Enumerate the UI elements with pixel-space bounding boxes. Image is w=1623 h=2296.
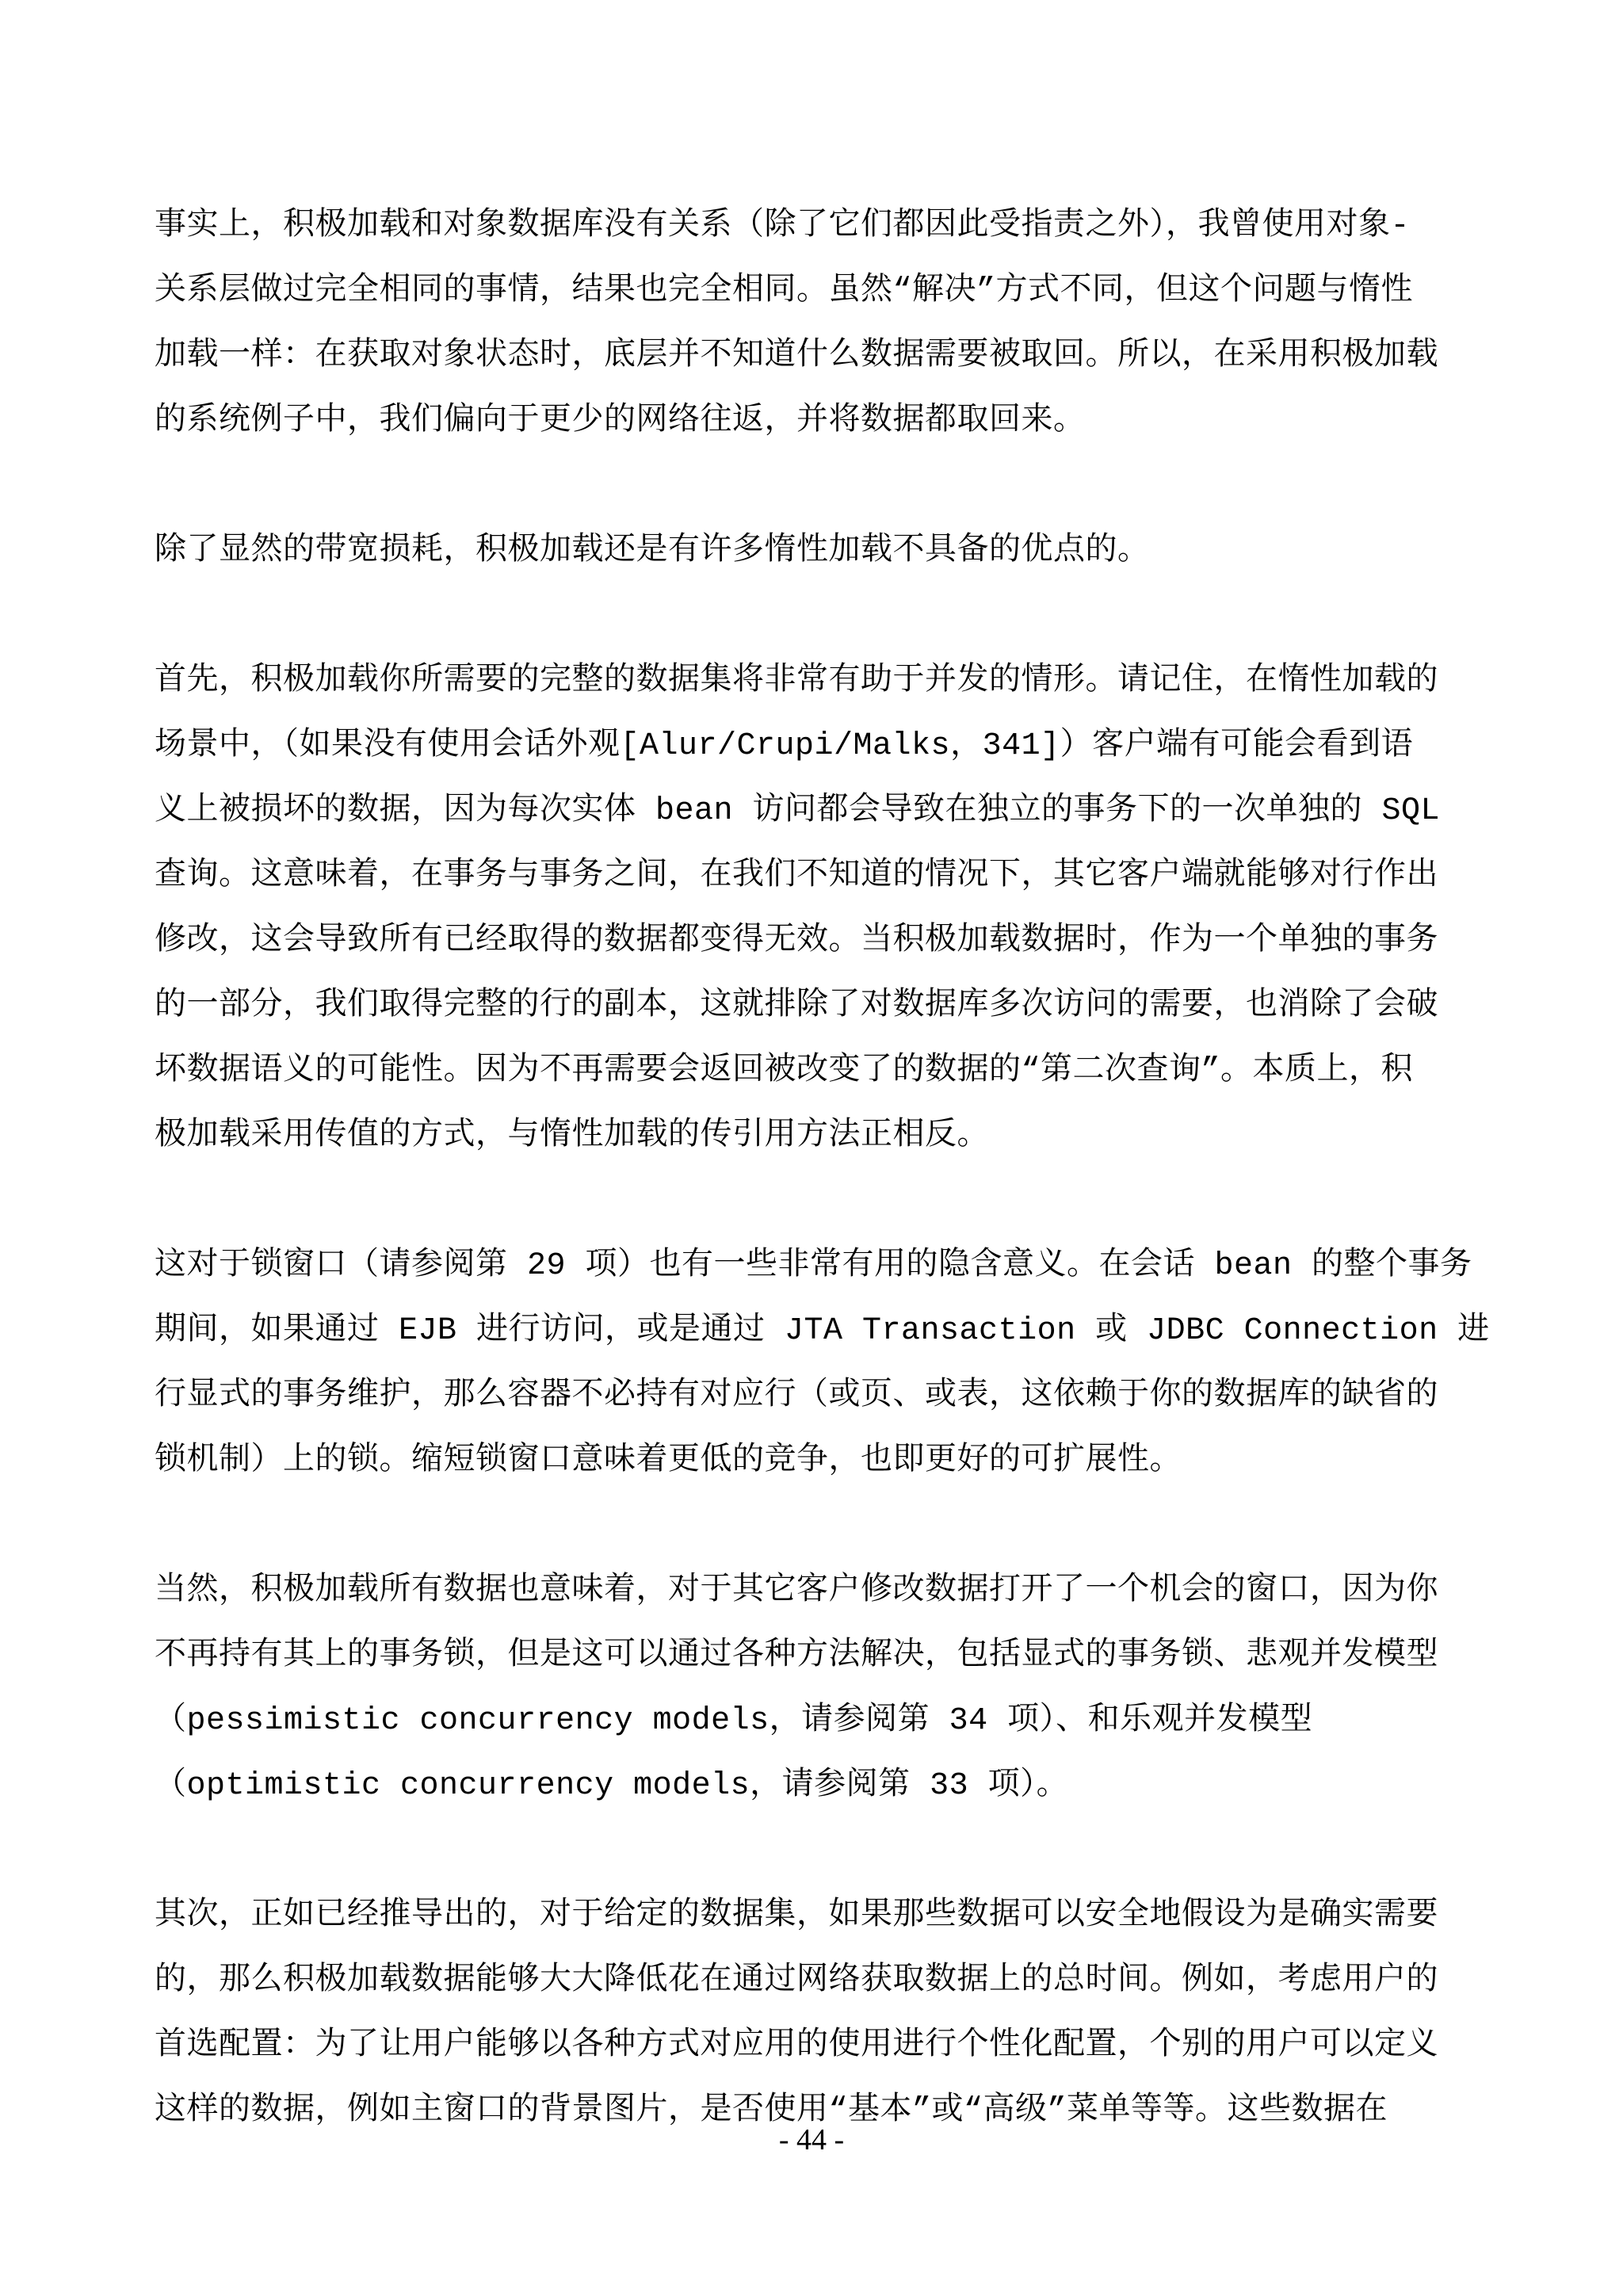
page-number: - 44 - [0, 2122, 1623, 2157]
text-line: 坏数据语义的可能性。因为不再需要会返回被改变了的数据的“第二次查询”。本质上，积 [155, 1039, 1423, 1104]
text-line: 查询。这意味着，在事务与事务之间，在我们不知道的情况下，其它客户端就能够对行作出 [155, 844, 1423, 909]
text-line: （optimistic concurrency models，请参阅第 33 项… [155, 1754, 1423, 1819]
paragraph-3: 首先，积极加载你所需要的完整的数据集将非常有助于并发的情形。请记住，在惰性加载的… [155, 649, 1423, 1169]
text-line: 的，那么积极加载数据能够大大降低花在通过网络获取数据上的总时间。例如，考虑用户的 [155, 1949, 1423, 2014]
text-line: 的系统例子中，我们偏向于更少的网络往返，并将数据都取回来。 [155, 389, 1423, 454]
text-line: 事实上，积极加载和对象数据库没有关系（除了它们都因此受指责之外），我曾使用对象- [155, 194, 1423, 259]
text-line: 首选配置：为了让用户能够以各种方式对应用的使用进行个性化配置，个别的用户可以定义 [155, 2014, 1423, 2079]
paragraph-6: 其次，正如已经推导出的，对于给定的数据集，如果那些数据可以安全地假设为是确实需要… [155, 1884, 1423, 2144]
text-line: 义上被损坏的数据，因为每次实体 bean 访问都会导致在独立的事务下的一次单独的… [155, 779, 1423, 844]
text-line: 场景中，（如果没有使用会话外观[Alur/Crupi/Malks，341]）客户… [155, 714, 1423, 779]
text-line: 修改，这会导致所有已经取得的数据都变得无效。当积极加载数据时，作为一个单独的事务 [155, 909, 1423, 974]
text-line: 极加载采用传值的方式，与惰性加载的传引用方法正相反。 [155, 1104, 1423, 1169]
text-content: 事实上，积极加载和对象数据库没有关系（除了它们都因此受指责之外），我曾使用对象-… [155, 194, 1423, 2209]
text-line: 除了显然的带宽损耗，积极加载还是有许多惰性加载不具备的优点的。 [155, 519, 1423, 584]
text-line: 不再持有其上的事务锁，但是这可以通过各种方法解决，包括显式的事务锁、悲观并发模型 [155, 1624, 1423, 1689]
text-line: 这对于锁窗口（请参阅第 29 项）也有一些非常有用的隐含意义。在会话 bean … [155, 1234, 1423, 1299]
paragraph-1: 事实上，积极加载和对象数据库没有关系（除了它们都因此受指责之外），我曾使用对象-… [155, 194, 1423, 454]
text-line: 首先，积极加载你所需要的完整的数据集将非常有助于并发的情形。请记住，在惰性加载的 [155, 649, 1423, 714]
text-line: 行显式的事务维护，那么容器不必持有对应行（或页、或表，这依赖于你的数据库的缺省的 [155, 1364, 1423, 1429]
paragraph-5: 当然，积极加载所有数据也意味着，对于其它客户修改数据打开了一个机会的窗口，因为你… [155, 1559, 1423, 1819]
text-line: 加载一样：在获取对象状态时，底层并不知道什么数据需要被取回。所以，在采用积极加载 [155, 324, 1423, 389]
text-line: 其次，正如已经推导出的，对于给定的数据集，如果那些数据可以安全地假设为是确实需要 [155, 1884, 1423, 1949]
paragraph-2: 除了显然的带宽损耗，积极加载还是有许多惰性加载不具备的优点的。 [155, 519, 1423, 584]
text-line: 关系层做过完全相同的事情，结果也完全相同。虽然“解决”方式不同，但这个问题与惰性 [155, 259, 1423, 324]
text-line: 的一部分，我们取得完整的行的副本，这就排除了对数据库多次访问的需要，也消除了会破 [155, 974, 1423, 1039]
text-line: 期间，如果通过 EJB 进行访问，或是通过 JTA Transaction 或 … [155, 1299, 1423, 1364]
text-line: （pessimistic concurrency models，请参阅第 34 … [155, 1689, 1423, 1754]
text-line: 锁机制）上的锁。缩短锁窗口意味着更低的竞争，也即更好的可扩展性。 [155, 1429, 1423, 1494]
paragraph-4: 这对于锁窗口（请参阅第 29 项）也有一些非常有用的隐含意义。在会话 bean … [155, 1234, 1423, 1494]
document-page: 事实上，积极加载和对象数据库没有关系（除了它们都因此受指责之外），我曾使用对象-… [0, 0, 1623, 2296]
text-line: 当然，积极加载所有数据也意味着，对于其它客户修改数据打开了一个机会的窗口，因为你 [155, 1559, 1423, 1624]
